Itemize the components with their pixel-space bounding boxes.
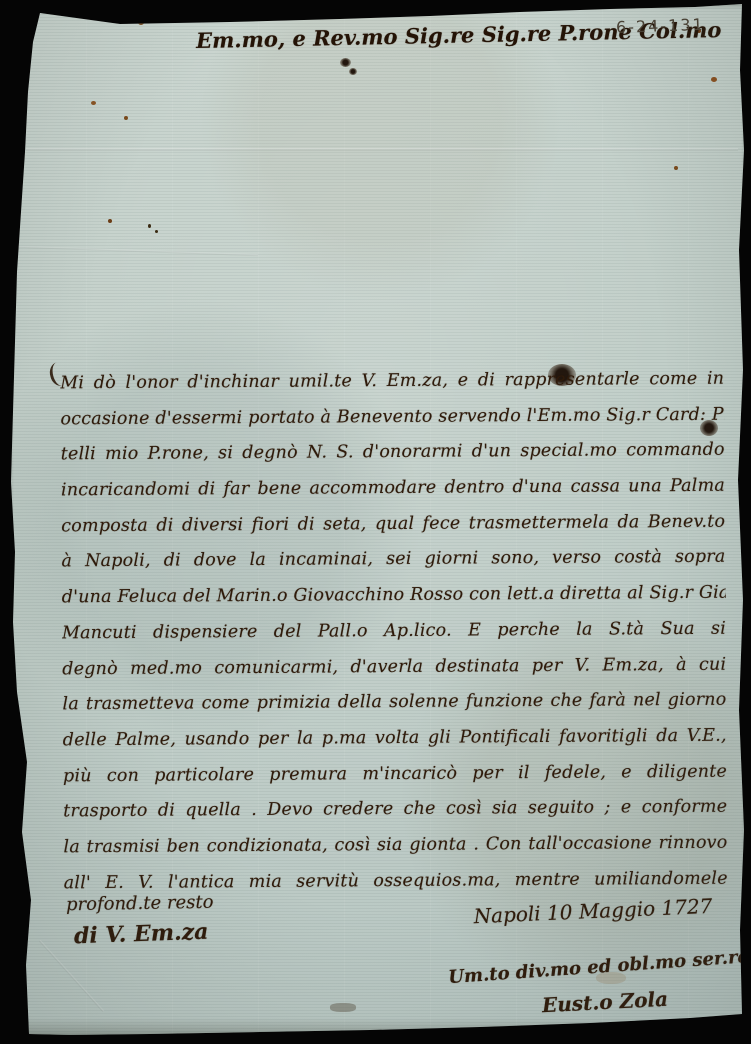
letter-line: incaricandomi di far bene accommodare de… [61, 469, 725, 509]
letter-line: d'una Feluca del Marin.o Giovacchino Ros… [62, 576, 726, 616]
closing-line: di V. Em.za [74, 919, 209, 950]
letter-line: telli mio P.rone, si degnò N. S. d'onora… [61, 433, 725, 473]
letter-line: à Napoli, di dove la incaminai, sei gior… [61, 540, 725, 580]
letter-paper: Em.mo, e Rev.mo Sig.re Sig.re P.rone Col… [0, 0, 751, 1044]
ink-blot [340, 58, 351, 67]
paper-crease [26, 148, 738, 151]
foxing-spot [711, 77, 717, 82]
archive-number: 6-24-131 [616, 14, 727, 37]
letter-line: delle Palme, usando per la p.ma volta gl… [63, 719, 727, 759]
letter-line: composta di diversi fiori di seta, qual … [61, 504, 725, 544]
foxing-spot [148, 224, 151, 228]
foxing-spot [124, 116, 128, 120]
paper-crease [39, 940, 104, 1012]
letter-line: trasporto di quella . Devo credere che c… [63, 790, 727, 830]
letter-line: Mancuti dispensiere del Pall.o Ap.lico. … [62, 611, 726, 651]
signature-name: Eust.o Zola [505, 985, 706, 1019]
letter-line: la trasmisi ben condizionata, così sia g… [63, 826, 727, 866]
photo-background: Em.mo, e Rev.mo Sig.re Sig.re P.rone Col… [0, 0, 751, 1044]
letter-line: occasione d'essermi portato à Benevento … [60, 397, 724, 437]
foxing-spot [108, 219, 112, 223]
foxing-spot [138, 20, 144, 25]
signature-courtesy-line: Um.to div.mo ed obl.mo ser.re [448, 947, 741, 988]
letter-line: degnò med.mo comunicarmi, d'averla desti… [62, 647, 726, 687]
foxing-spot [330, 1003, 356, 1012]
letter-line: più con particolare premura m'incaricò p… [63, 754, 727, 794]
salutation-line: Em.mo, e Rev.mo Sig.re Sig.re P.rone Col… [196, 20, 582, 53]
letter-line: la trasmetteva come primizia della solen… [62, 683, 726, 723]
foxing-spot [674, 166, 678, 170]
letter-body: Mi dò l'onor d'inchinar umil.te V. Em.za… [60, 362, 728, 902]
letter-line: Mi dò l'onor d'inchinar umil.te V. Em.za… [60, 362, 724, 402]
ink-blot [349, 68, 357, 75]
foxing-spot [91, 101, 96, 105]
paper-crease [18, 246, 258, 256]
closing-line: profond.te resto [66, 892, 214, 916]
foxing-spot [155, 230, 158, 233]
